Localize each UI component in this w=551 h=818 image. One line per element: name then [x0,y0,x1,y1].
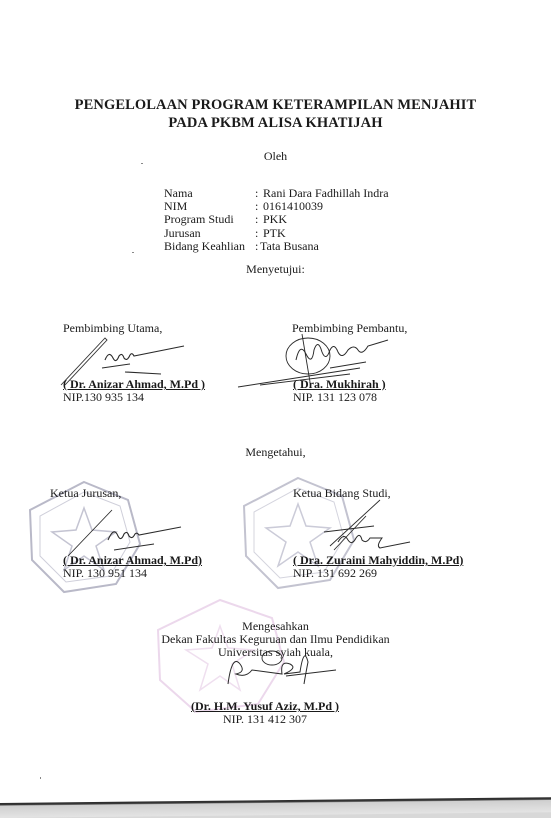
study-field-head-nip: NIP. 131 692 269 [293,566,377,581]
department-head-signature-icon [64,500,184,560]
acknowledge-heading: Mengetahui, [0,445,551,460]
document-title-line-2: PADA PKBM ALISA KHATIJAH [0,115,551,132]
info-value: PKK [263,213,287,226]
by-label: Oleh [0,149,551,164]
assistant-advisor-role: Pembimbing Pembantu, [292,321,407,336]
department-head-nip: NIP. 130 951 134 [63,566,147,581]
study-field-head-role: Ketua Bidang Studi, [293,486,391,501]
document-page: PENGELOLAAN PROGRAM KETERAMPILAN MENJAHI… [0,0,551,808]
study-field-head-signature-icon [320,496,430,556]
main-advisor-role: Pembimbing Utama, [63,321,162,336]
info-sep: : [255,213,263,226]
assistant-advisor-nip: NIP. 131 123 078 [293,390,377,405]
info-label: Jurusan [164,227,255,240]
info-row-program: Program Studi : PKK [164,213,389,226]
scan-speck [40,777,41,779]
info-sep: : [255,227,263,240]
info-value: PTK [263,227,286,240]
info-label: Program Studi [164,213,255,226]
ratification-university-line: Universitas syiah kuala, [0,645,551,660]
main-advisor-nip: NIP.130 935 134 [63,390,144,405]
student-info: Nama : Rani Dara Fadhillah Indra NIM : 0… [164,187,389,253]
info-row-expertise: Bidang Keahlian : Tata Busana [164,240,389,253]
info-row-department: Jurusan : PTK [164,227,389,240]
approval-heading: Menyetujui: [0,262,551,277]
dean-nip: NIP. 131 412 307 [223,712,307,727]
info-value: Tata Busana [260,240,319,253]
department-head-role: Ketua Jurusan, [50,486,121,501]
scan-speck [141,163,143,164]
document-title-line-1: PENGELOLAAN PROGRAM KETERAMPILAN MENJAHI… [0,97,551,114]
scan-speck [132,252,134,253]
info-label: Bidang Keahlian [164,240,255,253]
